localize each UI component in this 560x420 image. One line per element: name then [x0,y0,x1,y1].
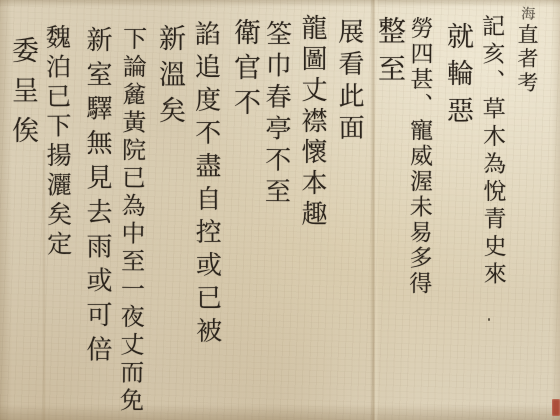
text-column-4: 勞四甚、寵威渥未易多得 [406,16,430,297]
red-seal-fragment [552,399,560,416]
text-column-5: 整至 [376,16,404,92]
text-column-15: 委呈俟 [9,36,36,156]
text-column-14: 魏泊已下揚灑矣定 [44,24,71,260]
text-column-1: 海直者考 [516,6,538,95]
text-column-13: 新室驛無見去雨或可倍 [84,26,110,370]
text-column-6: 展看此面 [336,18,363,146]
text-column-10: 諂追度不盡自控或已被 [192,20,220,350]
text-column-12: 下論麄黃院已為中至一夜丈而免 [117,26,144,415]
text-column-3: 就輪惡 [444,22,471,133]
text-column-2: 記亥、草木為悅青史來 [479,14,504,289]
ink-speck [208,196,210,198]
text-column-8: 筌巾春亭不至 [262,20,289,209]
text-column-7: 龍圖丈襟懷本趣 [299,14,325,231]
text-column-11: 新溫矣 [156,24,183,132]
ink-speck [488,318,490,321]
manuscript-photo: 海直者考 記亥、草木為悅青史來 就輪惡 勞四甚、寵威渥未易多得 整至 展看此面 … [0,0,560,420]
aged-paper-background: 海直者考 記亥、草木為悅青史來 就輪惡 勞四甚、寵威渥未易多得 整至 展看此面 … [0,0,560,420]
text-column-9: 衛官不 [231,18,258,123]
